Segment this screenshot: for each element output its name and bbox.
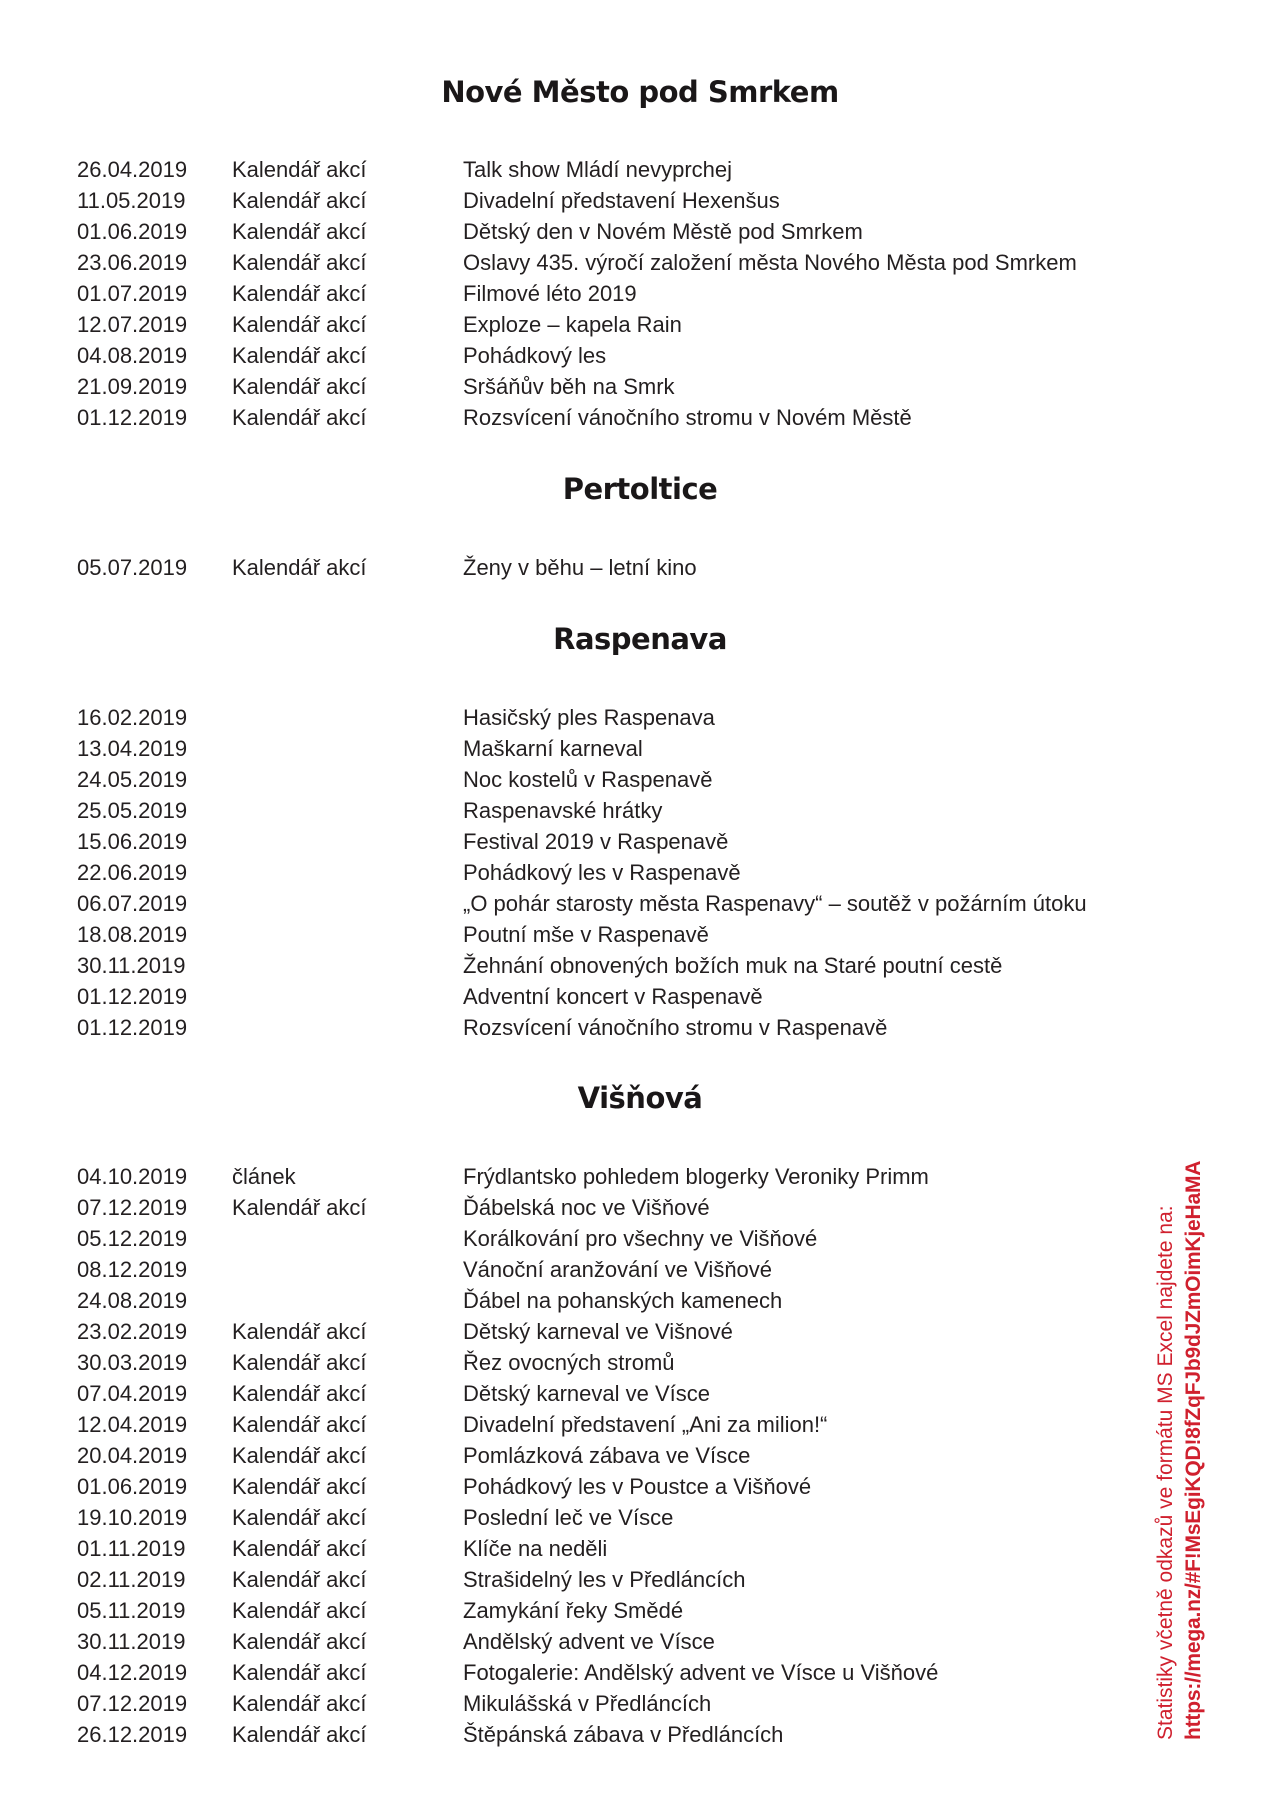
event-category: Kalendář akcí: [232, 552, 367, 583]
event-date: 12.04.2019: [77, 1409, 187, 1440]
event-title: „O pohár starosty města Raspenavy“ – sou…: [463, 888, 1087, 919]
event-category: Kalendář akcí: [232, 1409, 367, 1440]
event-date: 24.08.2019: [77, 1285, 187, 1316]
event-category: Kalendář akcí: [232, 1626, 367, 1657]
event-title: Štěpánská zábava v Předláncích: [463, 1719, 783, 1750]
event-date: 06.07.2019: [77, 888, 187, 919]
event-title: Ďábelská noc ve Višňové: [463, 1192, 710, 1223]
event-title: Maškarní karneval: [463, 733, 643, 764]
event-row: 04.12.2019Kalendář akcíFotogalerie: Andě…: [0, 1657, 1150, 1688]
event-row: 04.08.2019Kalendář akcíPohádkový les: [0, 340, 1150, 371]
event-date: 19.10.2019: [77, 1502, 187, 1533]
event-date: 13.04.2019: [77, 733, 187, 764]
event-row: 12.07.2019Kalendář akcíExploze – kapela …: [0, 309, 1150, 340]
event-date: 04.08.2019: [77, 340, 187, 371]
event-title: Korálkování pro všechny ve Višňové: [463, 1223, 817, 1254]
event-row: 26.04.2019Kalendář akcíTalk show Mládí n…: [0, 154, 1150, 185]
event-title: Rozsvícení vánočního stromu v Novém Měst…: [463, 402, 912, 433]
event-row: 19.10.2019Kalendář akcíPoslední leč ve V…: [0, 1502, 1150, 1533]
event-row: 26.12.2019Kalendář akcíŠtěpánská zábava …: [0, 1719, 1150, 1750]
event-title: Poslední leč ve Vísce: [463, 1502, 673, 1533]
event-row: 02.11.2019Kalendář akcíStrašidelný les v…: [0, 1564, 1150, 1595]
event-title: Mikulášská v Předláncích: [463, 1688, 711, 1719]
event-date: 12.07.2019: [77, 309, 187, 340]
event-date: 05.12.2019: [77, 1223, 187, 1254]
event-date: 30.03.2019: [77, 1347, 187, 1378]
event-category: Kalendář akcí: [232, 154, 367, 185]
event-title: Dětský karneval ve Vísce: [463, 1378, 710, 1409]
event-date: 08.12.2019: [77, 1254, 187, 1285]
event-date: 26.12.2019: [77, 1719, 187, 1750]
event-date: 05.07.2019: [77, 552, 187, 583]
event-category: Kalendář akcí: [232, 1688, 367, 1719]
event-title: Vánoční aranžování ve Višňové: [463, 1254, 772, 1285]
event-title: Žehnání obnovených božích muk na Staré p…: [463, 950, 1002, 981]
event-row: 01.06.2019Kalendář akcíDětský den v Nové…: [0, 216, 1150, 247]
event-title: Pohádkový les v Raspenavě: [463, 857, 741, 888]
event-title: Ďábel na pohanských kamenech: [463, 1285, 782, 1316]
event-category: Kalendář akcí: [232, 278, 367, 309]
event-row: 01.11.2019Kalendář akcíKlíče na neděli: [0, 1533, 1150, 1564]
event-list-visnova: 04.10.2019článekFrýdlantsko pohledem blo…: [0, 1161, 1150, 1750]
event-title: Divadelní představení „Ani za milion!“: [463, 1409, 827, 1440]
event-title: Strašidelný les v Předláncích: [463, 1564, 745, 1595]
event-category: Kalendář akcí: [232, 1192, 367, 1223]
event-row: 01.12.2019Rozsvícení vánočního stromu v …: [0, 1012, 1150, 1043]
event-date: 24.05.2019: [77, 764, 187, 795]
event-row: 05.12.2019Korálkování pro všechny ve Viš…: [0, 1223, 1150, 1254]
event-category: Kalendář akcí: [232, 1502, 367, 1533]
section-title-raspenava: Raspenava: [0, 621, 1280, 657]
event-row: 08.12.2019Vánoční aranžování ve Višňové: [0, 1254, 1150, 1285]
event-title: Oslavy 435. výročí založení města Nového…: [463, 247, 1077, 278]
event-category: Kalendář akcí: [232, 1595, 367, 1626]
event-title: Zamykání řeky Smědé: [463, 1595, 683, 1626]
event-title: Pohádkový les v Poustce a Višňové: [463, 1471, 811, 1502]
side-note: Statistiky včetně odkazů ve formátu MS E…: [1152, 1055, 1212, 1740]
event-category: článek: [232, 1161, 296, 1192]
event-date: 01.06.2019: [77, 1471, 187, 1502]
event-title: Adventní koncert v Raspenavě: [463, 981, 763, 1012]
event-title: Dětský karneval ve Višnové: [463, 1316, 733, 1347]
event-date: 16.02.2019: [77, 702, 187, 733]
section-title-pertoltice: Pertoltice: [0, 471, 1280, 507]
event-date: 04.10.2019: [77, 1161, 187, 1192]
event-date: 01.07.2019: [77, 278, 187, 309]
event-row: 23.06.2019Kalendář akcíOslavy 435. výroč…: [0, 247, 1150, 278]
event-date: 07.12.2019: [77, 1688, 187, 1719]
event-date: 30.11.2019: [77, 1626, 185, 1657]
event-title: Noc kostelů v Raspenavě: [463, 764, 712, 795]
event-category: Kalendář akcí: [232, 1378, 367, 1409]
event-category: Kalendář akcí: [232, 402, 367, 433]
event-row: 11.05.2019Kalendář akcíDivadelní předsta…: [0, 185, 1150, 216]
event-category: Kalendář akcí: [232, 216, 367, 247]
event-row: 18.08.2019Poutní mše v Raspenavě: [0, 919, 1150, 950]
event-date: 15.06.2019: [77, 826, 187, 857]
event-title: Klíče na neděli: [463, 1533, 607, 1564]
event-title: Poutní mše v Raspenavě: [463, 919, 709, 950]
event-row: 05.07.2019Kalendář akcíŽeny v běhu – let…: [0, 552, 1150, 583]
event-category: Kalendář akcí: [232, 1316, 367, 1347]
event-title: Talk show Mládí nevyprchej: [463, 154, 732, 185]
section-title-visnova: Višňová: [0, 1080, 1280, 1116]
event-row: 23.02.2019Kalendář akcíDětský karneval v…: [0, 1316, 1150, 1347]
event-list-nove-mesto: 26.04.2019Kalendář akcíTalk show Mládí n…: [0, 154, 1150, 433]
event-row: 05.11.2019Kalendář akcíZamykání řeky Smě…: [0, 1595, 1150, 1626]
event-date: 01.12.2019: [77, 1012, 187, 1043]
event-date: 26.04.2019: [77, 154, 187, 185]
section-title-nove-mesto: Nové Město pod Smrkem: [0, 74, 1280, 110]
event-row: 15.06.2019Festival 2019 v Raspenavě: [0, 826, 1150, 857]
event-title: Ženy v běhu – letní kino: [463, 552, 697, 583]
event-title: Pohádkový les: [463, 340, 606, 371]
event-category: Kalendář akcí: [232, 185, 367, 216]
event-category: Kalendář akcí: [232, 309, 367, 340]
event-row: 01.12.2019Kalendář akcíRozsvícení vánočn…: [0, 402, 1150, 433]
event-date: 30.11.2019: [77, 950, 185, 981]
event-date: 23.02.2019: [77, 1316, 187, 1347]
event-title: Exploze – kapela Rain: [463, 309, 682, 340]
event-row: 20.04.2019Kalendář akcíPomlázková zábava…: [0, 1440, 1150, 1471]
event-title: Andělský advent ve Vísce: [463, 1626, 715, 1657]
event-date: 11.05.2019: [77, 185, 185, 216]
event-row: 13.04.2019Maškarní karneval: [0, 733, 1150, 764]
event-category: Kalendář akcí: [232, 1533, 367, 1564]
event-row: 24.08.2019Ďábel na pohanských kamenech: [0, 1285, 1150, 1316]
event-row: 16.02.2019Hasičský ples Raspenava: [0, 702, 1150, 733]
event-category: Kalendář akcí: [232, 247, 367, 278]
event-row: 22.06.2019Pohádkový les v Raspenavě: [0, 857, 1150, 888]
event-category: Kalendář akcí: [232, 1564, 367, 1595]
event-list-raspenava: 16.02.2019Hasičský ples Raspenava13.04.2…: [0, 702, 1150, 1043]
event-title: Řez ovocných stromů: [463, 1347, 675, 1378]
event-row: 25.05.2019Raspenavské hrátky: [0, 795, 1150, 826]
event-row: 07.04.2019Kalendář akcíDětský karneval v…: [0, 1378, 1150, 1409]
event-row: 07.12.2019Kalendář akcíĎábelská noc ve V…: [0, 1192, 1150, 1223]
event-date: 25.05.2019: [77, 795, 187, 826]
event-category: Kalendář akcí: [232, 1440, 367, 1471]
event-title: Sršáňův běh na Smrk: [463, 371, 675, 402]
event-title: Dětský den v Novém Městě pod Smrkem: [463, 216, 863, 247]
event-date: 07.04.2019: [77, 1378, 187, 1409]
event-category: Kalendář akcí: [232, 371, 367, 402]
event-date: 01.12.2019: [77, 981, 187, 1012]
event-row: 04.10.2019článekFrýdlantsko pohledem blo…: [0, 1161, 1150, 1192]
event-date: 02.11.2019: [77, 1564, 185, 1595]
event-title: Raspenavské hrátky: [463, 795, 662, 826]
event-row: 30.11.2019Žehnání obnovených božích muk …: [0, 950, 1150, 981]
event-date: 07.12.2019: [77, 1192, 187, 1223]
event-row: 30.03.2019Kalendář akcíŘez ovocných stro…: [0, 1347, 1150, 1378]
event-row: 30.11.2019Kalendář akcíAndělský advent v…: [0, 1626, 1150, 1657]
event-date: 20.04.2019: [77, 1440, 187, 1471]
event-date: 05.11.2019: [77, 1595, 185, 1626]
event-category: Kalendář akcí: [232, 340, 367, 371]
event-title: Divadelní představení Hexenšus: [463, 185, 780, 216]
event-title: Pomlázková zábava ve Vísce: [463, 1440, 750, 1471]
event-category: Kalendář akcí: [232, 1719, 367, 1750]
event-row: 01.06.2019Kalendář akcíPohádkový les v P…: [0, 1471, 1150, 1502]
event-date: 21.09.2019: [77, 371, 187, 402]
event-category: Kalendář akcí: [232, 1347, 367, 1378]
event-row: 07.12.2019Kalendář akcíMikulášská v Před…: [0, 1688, 1150, 1719]
event-category: Kalendář akcí: [232, 1471, 367, 1502]
event-title: Festival 2019 v Raspenavě: [463, 826, 728, 857]
event-title: Rozsvícení vánočního stromu v Raspenavě: [463, 1012, 887, 1043]
event-date: 23.06.2019: [77, 247, 187, 278]
event-date: 01.12.2019: [77, 402, 187, 433]
event-title: Filmové léto 2019: [463, 278, 637, 309]
event-row: 21.09.2019Kalendář akcíSršáňův běh na Sm…: [0, 371, 1150, 402]
event-row: 06.07.2019„O pohár starosty města Raspen…: [0, 888, 1150, 919]
event-row: 24.05.2019Noc kostelů v Raspenavě: [0, 764, 1150, 795]
event-date: 22.06.2019: [77, 857, 187, 888]
event-date: 18.08.2019: [77, 919, 187, 950]
event-row: 01.07.2019Kalendář akcíFilmové léto 2019: [0, 278, 1150, 309]
event-title: Fotogalerie: Andělský advent ve Vísce u …: [463, 1657, 938, 1688]
excel-download-link[interactable]: https://mega.nz/#F!MsEgiKQD!8fZqFJb9dJZm…: [1180, 1055, 1208, 1740]
event-list-pertoltice: 05.07.2019Kalendář akcíŽeny v běhu – let…: [0, 552, 1150, 583]
event-date: 01.06.2019: [77, 216, 187, 247]
event-title: Frýdlantsko pohledem blogerky Veroniky P…: [463, 1161, 929, 1192]
event-row: 01.12.2019Adventní koncert v Raspenavě: [0, 981, 1150, 1012]
side-note-text: Statistiky včetně odkazů ve formátu MS E…: [1152, 1055, 1180, 1740]
event-row: 12.04.2019Kalendář akcíDivadelní předsta…: [0, 1409, 1150, 1440]
event-title: Hasičský ples Raspenava: [463, 702, 715, 733]
event-date: 04.12.2019: [77, 1657, 187, 1688]
event-date: 01.11.2019: [77, 1533, 185, 1564]
event-category: Kalendář akcí: [232, 1657, 367, 1688]
